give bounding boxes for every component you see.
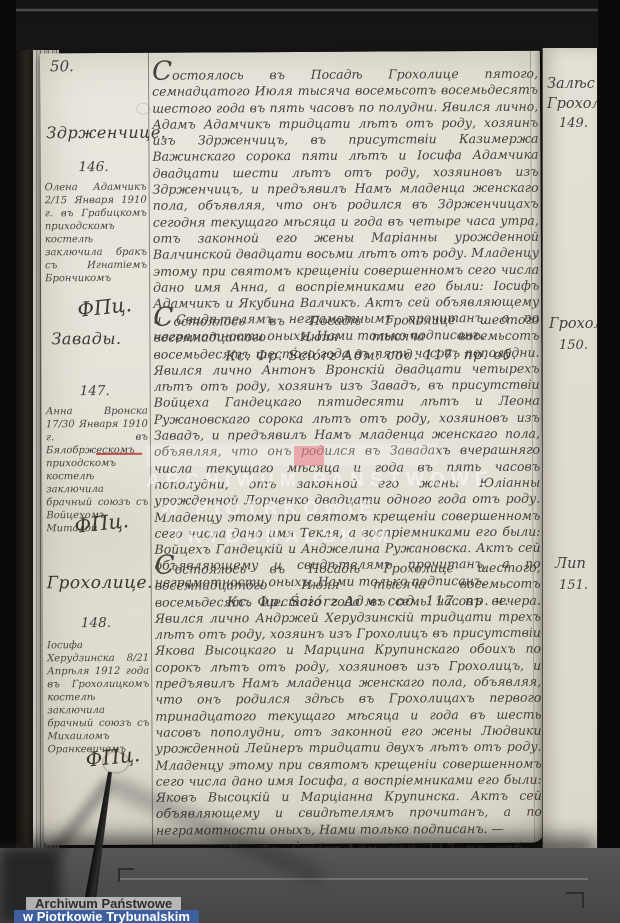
- right-entry-149: Залѣс Грохоли 149.: [547, 76, 597, 131]
- right-entry-150: Грохол 150.: [549, 316, 597, 353]
- right-entry-number: 150.: [559, 338, 597, 353]
- right-entry-number: 149.: [559, 116, 597, 131]
- corner-mark-top-right: [544, 30, 562, 44]
- margin-entry-number: 146.: [78, 159, 108, 175]
- right-place-line: Грохол: [549, 316, 597, 332]
- photo-left-border: [0, 0, 16, 923]
- archive-stamp: Archiwum Państwowe w Piotrkowie Trybunal…: [14, 897, 199, 923]
- margin-entry-number: 147.: [80, 383, 110, 399]
- right-place-line: Лип: [555, 556, 588, 572]
- faint-watermark-line1: ARCHIWUM PAŃSTWOWE: [146, 469, 493, 493]
- margin-place-name: Грохолице.: [47, 573, 153, 594]
- margin-entry-number: 148.: [81, 615, 111, 631]
- priest-initials: ФПц.: [76, 292, 133, 322]
- photo-right-border: [598, 0, 620, 923]
- corner-mark-bottom-right: [566, 892, 584, 908]
- right-place-line: Грохоли: [547, 96, 597, 112]
- right-page-sliver: Залѣс Грохоли 149. Грохол 150. Лип 151.: [542, 48, 597, 848]
- pink-word-highlight: [294, 446, 324, 466]
- right-place-line: Залѣс: [547, 76, 597, 92]
- margin-note: Іосифа Херудзинска 8/21 Апрѣля 1912 года…: [47, 639, 150, 757]
- margin-entry-146: Здрженчице. 146. Олена Адамчикъ 2/15 Янв…: [42, 123, 149, 364]
- table-edge-line: [14, 9, 600, 11]
- margin-note: Олена Адамчикъ 2/15 Января 1910 г. въ Гр…: [45, 181, 148, 286]
- margin-place-name: Завады.: [51, 329, 121, 348]
- margin-entry-147: Завады. 147. Анна Вронска 17/30 Января 1…: [43, 329, 150, 570]
- register-book: 50. Здрженчице. 146. Олена Адамчикъ 2/15…: [16, 44, 598, 850]
- watermark-band: [146, 443, 438, 467]
- act-body-text: Состоялось въ Посадѣ Грохолице пятого, с…: [152, 61, 539, 345]
- faint-watermark-line2: W PIOTRKOWIE: [160, 498, 378, 521]
- right-entry-151: Лип 151.: [555, 556, 588, 593]
- archival-scan-photo: 50. Здрженчице. 146. Олена Адамчикъ 2/15…: [0, 0, 620, 923]
- margin-place-name: Здрженчице.: [46, 123, 166, 143]
- book-spine-edge: [16, 50, 34, 846]
- red-pencil-underline: [96, 453, 142, 455]
- faint-watermark-line3: TRYBUNALSKIM: [170, 525, 393, 548]
- page-number: 50.: [50, 57, 74, 75]
- paper-stain: [136, 103, 150, 115]
- right-entry-number: 151.: [559, 578, 588, 593]
- archive-stamp-line2: w Piotrkowie Trybunalskim: [14, 910, 199, 923]
- rod-shadow: [107, 777, 325, 885]
- left-page: 50. Здрженчице. 146. Олена Адамчикъ 2/15…: [40, 51, 544, 846]
